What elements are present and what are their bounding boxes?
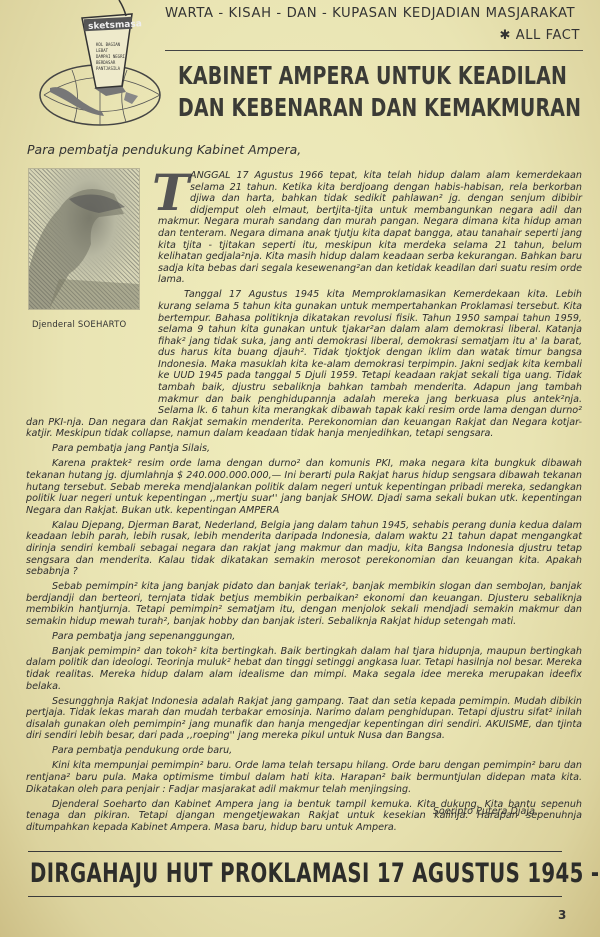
footer-banner: DIRGAHAJU HUT PROKLAMASI 17 AGUSTUS 1945…	[30, 853, 483, 895]
headline-line-2: DAN KEBENARAN DAN KEMAKMURAN	[178, 92, 531, 124]
section-salutation: Para pembatja jang Pantja Silais,	[26, 443, 582, 455]
banner-bottom-rule	[28, 896, 562, 897]
paragraph: Sebab pemimpin² kita jang banjak pidato …	[26, 581, 582, 627]
svg-text:KOL BAGIAN: KOL BAGIAN	[96, 42, 121, 47]
paragraph: Kalau Djepang, Djerman Barat, Nederland,…	[26, 520, 582, 578]
paragraph: Kini kita mempunjai pemimpin² baru. Orde…	[26, 760, 582, 795]
author-signature: Soeripto Putera Djaja.	[433, 806, 538, 817]
page-number: 3	[558, 908, 566, 922]
svg-text:PANTJASILA: PANTJASILA	[96, 66, 121, 71]
section-salutation: Para pembatja pendukung orde baru,	[26, 745, 582, 757]
globe-cup-icon: sketsmasa KOL BAGIAN LEBAT DAMPAI NEGRI …	[22, 0, 172, 130]
banner-top-rule	[28, 851, 562, 852]
paragraph: Karena praktek² resim orde lama dengan d…	[26, 458, 582, 516]
article-salutation: Para pembatja pendukung Kabinet Ampera,	[27, 142, 301, 157]
magazine-logo: sketsmasa KOL BAGIAN LEBAT DAMPAI NEGRI …	[22, 0, 172, 130]
svg-text:BERDASAR: BERDASAR	[96, 60, 116, 65]
svg-text:sketsmasa: sketsmasa	[88, 19, 142, 32]
article-body: T ANGGAL 17 Agustus 1966 tepat, kita tel…	[26, 156, 582, 837]
masthead-subtagline: ✱ ALL FACT	[499, 28, 580, 43]
drop-cap: T	[152, 170, 190, 216]
masthead-divider	[165, 50, 583, 51]
headline-line-1: KABINET AMPERA UNTUK KEADILAN	[178, 60, 531, 92]
paragraph: Banjak pemimpin² dan tokoh² kita berting…	[26, 646, 582, 692]
svg-text:LEBAT: LEBAT	[96, 48, 109, 53]
masthead-tagline: WARTA - KISAH - DAN - KUPASAN KEDJADIAN …	[165, 6, 585, 21]
svg-text:DAMPAI NEGRI: DAMPAI NEGRI	[96, 54, 125, 59]
paragraph: Sesungghnja Rakjat Indonesia adalah Rakj…	[26, 696, 582, 742]
article-headline: KABINET AMPERA UNTUK KEADILAN DAN KEBENA…	[178, 60, 531, 124]
section-salutation: Para pembatja jang sepenanggungan,	[26, 631, 582, 643]
